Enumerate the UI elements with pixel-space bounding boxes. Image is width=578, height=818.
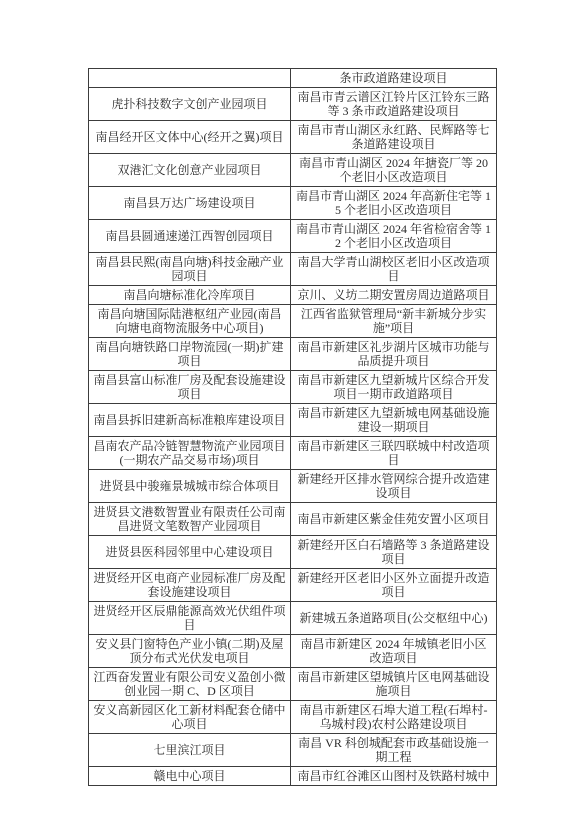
- project-name-cell: 南昌县圆通速递江西智创园项目: [89, 220, 291, 253]
- table-row: 赣电中心项目 南昌市红谷滩区山图村及铁路村城中: [89, 767, 497, 786]
- related-project-cell: 新建城五条道路项目(公交枢纽中心): [291, 602, 497, 635]
- related-project-cell: 南昌市青山湖区 2024 年高新住宅等 15 个老旧小区改造项目: [291, 187, 497, 220]
- table-row: 昌南农产品冷链智慧物流产业园项目(一期农产品交易市场)项目 南昌市新建区三联四联…: [89, 437, 497, 470]
- project-name-cell: 双港汇文化创意产业园项目: [89, 154, 291, 187]
- related-project-cell: 南昌市新建区 2024 年城镇老旧小区改造项目: [291, 635, 497, 668]
- project-name-cell: 进贤经开区辰鼎能源高效光伏组件项目: [89, 602, 291, 635]
- project-name-cell: 安义县门窗特色产业小镇(二期)及屋顶分布式光伏发电项目: [89, 635, 291, 668]
- project-name-cell: 南昌向塘铁路口岸物流园(一期)扩建项目: [89, 338, 291, 371]
- related-project-cell: 南昌市青山湖区 2024 年搪瓷厂等 20 个老旧小区改造项目: [291, 154, 497, 187]
- table-row: 南昌经开区文体中心(经开之翼)项目 南昌市青山湖区永红路、民辉路等七条道路建设项…: [89, 121, 497, 154]
- related-project-cell: 江西省监狱管理局“新丰新城分步实施”项目: [291, 305, 497, 338]
- table-row: 双港汇文化创意产业园项目 南昌市青山湖区 2024 年搪瓷厂等 20 个老旧小区…: [89, 154, 497, 187]
- related-project-cell: 南昌市青云谱区江铃片区江铃东三路等 3 条市政道路建设项目: [291, 88, 497, 121]
- project-name-cell: 南昌经开区文体中心(经开之翼)项目: [89, 121, 291, 154]
- related-project-cell: 南昌大学青山湖校区老旧小区改造项目: [291, 253, 497, 286]
- related-project-cell: 南昌 VR 科创城配套市政基础设施一期工程: [291, 734, 497, 767]
- related-project-cell: 新建经开区排水管网综合提升改造建设项目: [291, 470, 497, 503]
- project-name-cell: 南昌向塘国际陆港枢纽产业园(南昌向塘电商物流服务中心项目): [89, 305, 291, 338]
- project-name-cell: 南昌县万达广场建设项目: [89, 187, 291, 220]
- document-page: 条市政道路建设项目 虎扑科技数字文创产业园项目 南昌市青云谱区江铃片区江铃东三路…: [0, 0, 578, 818]
- table-row: 虎扑科技数字文创产业园项目 南昌市青云谱区江铃片区江铃东三路等 3 条市政道路建…: [89, 88, 497, 121]
- related-project-cell: 条市政道路建设项目: [291, 69, 497, 88]
- table-row: 条市政道路建设项目: [89, 69, 497, 88]
- table-row: 进贤县文港数智置业有限责任公司南昌进贤文笔数智产业园项目 南昌市新建区紫金佳苑安…: [89, 503, 497, 536]
- table-row: 进贤县中骏雍景城城市综合体项目 新建经开区排水管网综合提升改造建设项目: [89, 470, 497, 503]
- related-project-cell: 南昌市新建区三联四联城中村改造项目: [291, 437, 497, 470]
- project-name-cell: 虎扑科技数字文创产业园项目: [89, 88, 291, 121]
- project-name-cell: 南昌县拆旧建新高标准粮库建设项目: [89, 404, 291, 437]
- project-name-cell: 进贤县医科园邻里中心建设项目: [89, 536, 291, 569]
- project-name-cell: 江西奋发置业有限公司安义盈创小微创业园一期 C、D 区项目: [89, 668, 291, 701]
- project-name-cell: 赣电中心项目: [89, 767, 291, 786]
- table-row: 南昌县富山标准厂房及配套设施建设项目 南昌市新建区九望新城片区综合开发项目一期市…: [89, 371, 497, 404]
- related-project-cell: 南昌市青山湖区 2024 年省检宿舍等 12 个老旧小区改造项目: [291, 220, 497, 253]
- project-name-cell: 南昌向塘标准化冷库项目: [89, 286, 291, 305]
- table-row: 进贤县医科园邻里中心建设项目 新建经开区白石墙路等 3 条道路建设项目: [89, 536, 497, 569]
- table-row: 安义高新园区化工新材料配套仓储中心项目 南昌市新建区石埠大道工程(石埠村-乌城村…: [89, 701, 497, 734]
- related-project-cell: 南昌市红谷滩区山图村及铁路村城中: [291, 767, 497, 786]
- related-project-cell: 新建经开区白石墙路等 3 条道路建设项目: [291, 536, 497, 569]
- table-row: 七里滨江项目 南昌 VR 科创城配套市政基础设施一期工程: [89, 734, 497, 767]
- project-name-cell: 进贤县中骏雍景城城市综合体项目: [89, 470, 291, 503]
- related-project-cell: 南昌市新建区礼步湖片区城市功能与品质提升项目: [291, 338, 497, 371]
- related-project-cell: 新建经开区老旧小区外立面提升改造项目: [291, 569, 497, 602]
- related-project-cell: 南昌市新建区九望新城电网基础设施建设一期项目: [291, 404, 497, 437]
- table-row: 江西奋发置业有限公司安义盈创小微创业园一期 C、D 区项目 南昌市新建区望城镇片…: [89, 668, 497, 701]
- project-table: 条市政道路建设项目 虎扑科技数字文创产业园项目 南昌市青云谱区江铃片区江铃东三路…: [88, 68, 497, 786]
- project-name-cell: 南昌县民熙(南昌向塘)科技金融产业园项目: [89, 253, 291, 286]
- project-name-cell: 安义高新园区化工新材料配套仓储中心项目: [89, 701, 291, 734]
- table-row: 南昌县民熙(南昌向塘)科技金融产业园项目 南昌大学青山湖校区老旧小区改造项目: [89, 253, 497, 286]
- related-project-cell: 南昌市新建区九望新城片区综合开发项目一期市政道路项目: [291, 371, 497, 404]
- related-project-cell: 南昌市新建区望城镇片区电网基础设施项目: [291, 668, 497, 701]
- table-row: 南昌向塘国际陆港枢纽产业园(南昌向塘电商物流服务中心项目) 江西省监狱管理局“新…: [89, 305, 497, 338]
- related-project-cell: 南昌市新建区紫金佳苑安置小区项目: [291, 503, 497, 536]
- project-name-cell: 进贤县文港数智置业有限责任公司南昌进贤文笔数智产业园项目: [89, 503, 291, 536]
- project-name-cell: 进贤经开区电商产业园标准厂房及配套设施建设项目: [89, 569, 291, 602]
- related-project-cell: 京川、义坊二期安置房周边道路项目: [291, 286, 497, 305]
- table-row: 进贤经开区辰鼎能源高效光伏组件项目 新建城五条道路项目(公交枢纽中心): [89, 602, 497, 635]
- table-row: 南昌县拆旧建新高标准粮库建设项目 南昌市新建区九望新城电网基础设施建设一期项目: [89, 404, 497, 437]
- table-row: 南昌向塘铁路口岸物流园(一期)扩建项目 南昌市新建区礼步湖片区城市功能与品质提升…: [89, 338, 497, 371]
- related-project-cell: 南昌市青山湖区永红路、民辉路等七条道路建设项目: [291, 121, 497, 154]
- project-name-cell: 昌南农产品冷链智慧物流产业园项目(一期农产品交易市场)项目: [89, 437, 291, 470]
- related-project-cell: 南昌市新建区石埠大道工程(石埠村-乌城村段)农村公路建设项目: [291, 701, 497, 734]
- table-body: 条市政道路建设项目 虎扑科技数字文创产业园项目 南昌市青云谱区江铃片区江铃东三路…: [89, 69, 497, 786]
- table-row: 南昌县圆通速递江西智创园项目 南昌市青山湖区 2024 年省检宿舍等 12 个老…: [89, 220, 497, 253]
- table-row: 安义县门窗特色产业小镇(二期)及屋顶分布式光伏发电项目 南昌市新建区 2024 …: [89, 635, 497, 668]
- project-name-cell: 南昌县富山标准厂房及配套设施建设项目: [89, 371, 291, 404]
- project-name-cell: 七里滨江项目: [89, 734, 291, 767]
- project-name-cell: [89, 69, 291, 88]
- table-row: 南昌向塘标准化冷库项目 京川、义坊二期安置房周边道路项目: [89, 286, 497, 305]
- table-row: 进贤经开区电商产业园标准厂房及配套设施建设项目 新建经开区老旧小区外立面提升改造…: [89, 569, 497, 602]
- table-row: 南昌县万达广场建设项目 南昌市青山湖区 2024 年高新住宅等 15 个老旧小区…: [89, 187, 497, 220]
